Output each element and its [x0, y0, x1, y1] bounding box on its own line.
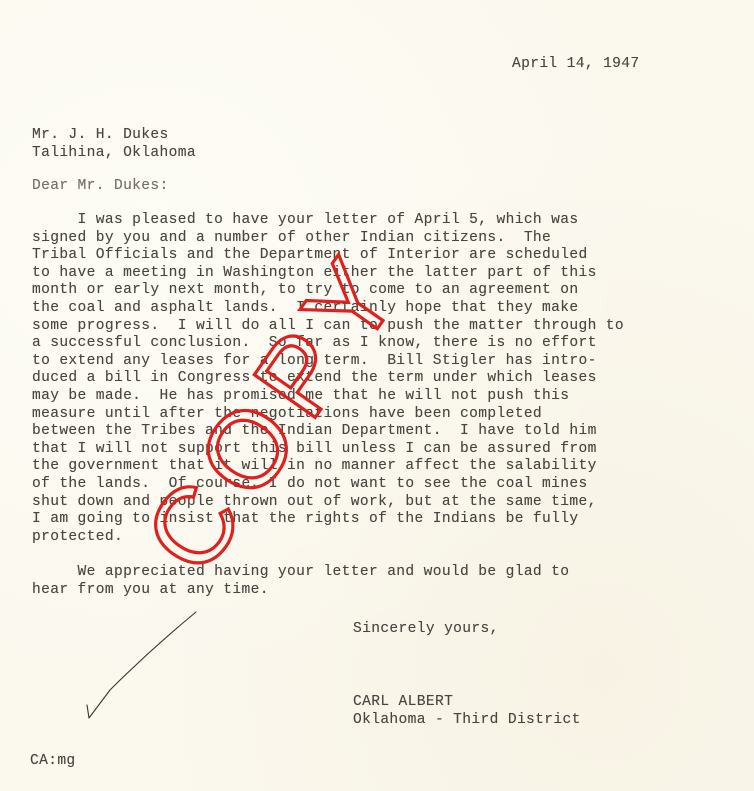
body-text-line: hear from you at any time. [32, 582, 269, 599]
body-text-line: I was pleased to have your letter of Apr… [32, 212, 578, 229]
closing: Sincerely yours, [353, 621, 499, 638]
letter-page: April 14, 1947 Mr. J. H. Dukes Talihina,… [0, 0, 754, 791]
letter-date: April 14, 1947 [512, 56, 640, 73]
body-text-line: protected. [32, 529, 123, 546]
recipient-name: Mr. J. H. Dukes [32, 127, 169, 144]
body-text-line: to have a meeting in Washington either t… [32, 265, 597, 282]
body-text-line: some progress. I will do all I can to pu… [32, 318, 624, 335]
salutation: Dear Mr. Dukes: [32, 178, 169, 195]
body-text-line: to extend any leases for a long term. Bi… [32, 353, 597, 370]
reference-initials: CA:mg [30, 753, 76, 770]
body-text-line: duced a bill in Congress to extend the t… [32, 370, 597, 387]
body-text-line: may be made. He has promised me that he … [32, 388, 569, 405]
body-text-line: month or early next month, to try to com… [32, 282, 578, 299]
body-text-line: the government that it will in no manner… [32, 458, 597, 475]
body-text-line: signed by you and a number of other Indi… [32, 230, 551, 247]
recipient-city: Talihina, Oklahoma [32, 145, 196, 162]
body-text-line: I am going to insist that the rights of … [32, 511, 578, 528]
signer-title: Oklahoma - Third District [353, 712, 581, 729]
body-text-line: a successful conclusion. So far as I kno… [32, 335, 597, 352]
body-text-line: between the Tribes and the Indian Depart… [32, 423, 597, 440]
body-text-line: Tribal Officials and the Department of I… [32, 247, 588, 264]
body-text-line: the coal and asphalt lands. I certainly … [32, 300, 578, 317]
body-text-line: We appreciated having your letter and wo… [32, 564, 569, 581]
body-text-line: of the lands. Of course, I do not want t… [32, 476, 588, 493]
body-text-line: that I will not support this bill unless… [32, 441, 597, 458]
body-text-line: measure until after the negotiations hav… [32, 406, 542, 423]
signer-name: CARL ALBERT [353, 694, 453, 711]
body-text-line: shut down and people thrown out of work,… [32, 494, 597, 511]
